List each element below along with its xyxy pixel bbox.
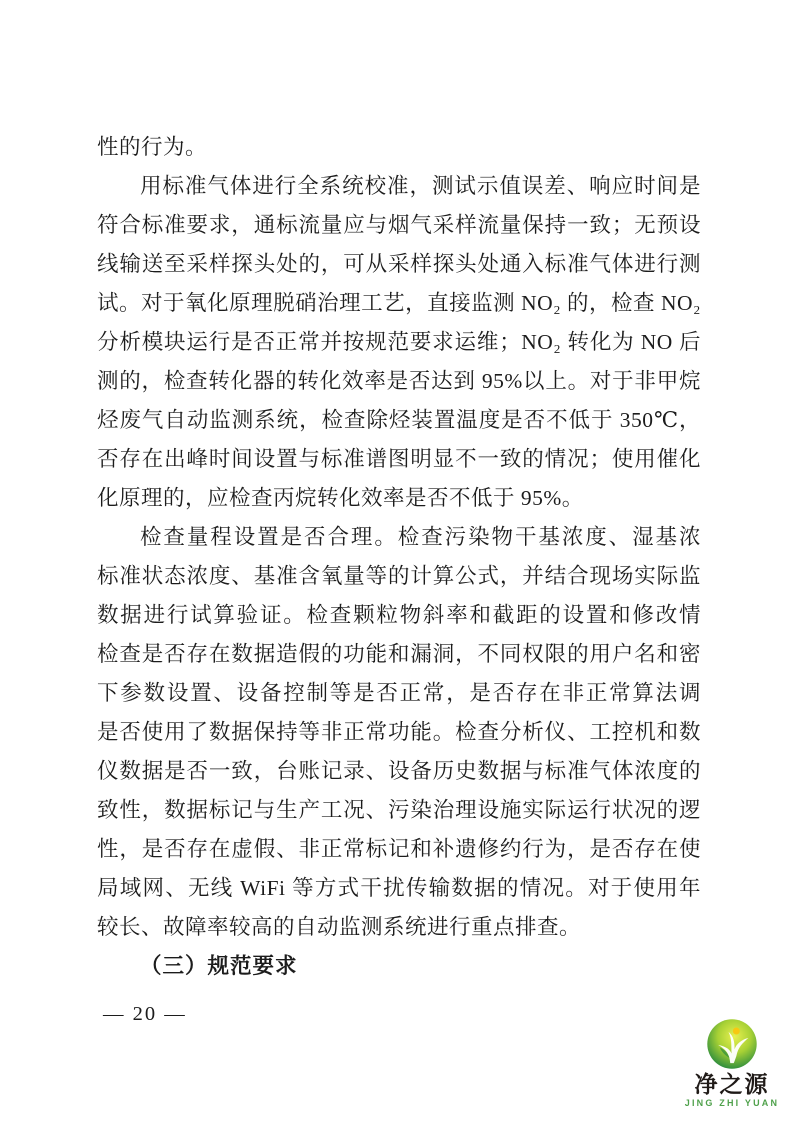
text-line: 性，是否存在虚假、非正常标记和补遗修约行为，是否存在使用 — [97, 830, 701, 869]
document-text: 性的行为。 用标准气体进行全系统校准，测试示值误差、响应时间是否 符合标准要求，… — [97, 128, 701, 986]
text-line: 分析模块运行是否正常并按规范要求运维；NO₂ 转化为 NO 后监 — [97, 323, 701, 362]
text-line: 性的行为。 — [97, 128, 701, 167]
text-line: 烃废气自动监测系统，检查除烃装置温度是否不低于 350℃，是 — [97, 401, 701, 440]
text-line: （三）规范要求 — [97, 947, 701, 986]
text-line: 标准状态浓度、基准含氧量等的计算公式，并结合现场实际监测 — [97, 557, 701, 596]
text-line: 是否使用了数据保持等非正常功能。检查分析仪、工控机和数采 — [97, 713, 701, 752]
text-line: 测的，检查转化器的转化效率是否达到 95%以上。对于非甲烷总 — [97, 362, 701, 401]
logo-subtitle: JING ZHI YUAN — [680, 1098, 784, 1108]
text-line: 线输送至采样探头处的，可从采样探头处通入标准气体进行测 — [97, 245, 701, 284]
text-line: 试。对于氧化原理脱硝治理工艺，直接监测 NO₂ 的，检查 NO₂ — [97, 284, 701, 323]
text-line: 数据进行试算验证。检查颗粒物斜率和截距的设置和修改情况。 — [97, 596, 701, 635]
text-line: 下参数设置、设备控制等是否正常，是否存在非正常算法调整， — [97, 674, 701, 713]
text-line: 检查是否存在数据造假的功能和漏洞，不同权限的用户名和密码 — [97, 635, 701, 674]
company-logo: 净之源 JING ZHI YUAN — [680, 1018, 784, 1108]
text-line: 检查量程设置是否合理。检查污染物干基浓度、湿基浓度、 — [97, 518, 701, 557]
page-number: — 20 — — [103, 1003, 187, 1026]
text-line: 致性，数据标记与生产工况、污染治理设施实际运行状况的逻辑 — [97, 791, 701, 830]
text-line: 较长、故障率较高的自动监测系统进行重点排查。 — [97, 908, 701, 947]
logo-head-dot — [733, 1028, 740, 1035]
document-page: 性的行为。 用标准气体进行全系统校准，测试示值误差、响应时间是否 符合标准要求，… — [0, 0, 794, 1123]
text-line: 用标准气体进行全系统校准，测试示值误差、响应时间是否 — [97, 167, 701, 206]
text-line: 仪数据是否一致，台账记录、设备历史数据与标准气体浓度的一 — [97, 752, 701, 791]
leaf-person-logo-icon — [706, 1018, 758, 1070]
text-line: 否存在出峰时间设置与标准谱图明显不一致的情况；使用催化氧 — [97, 440, 701, 479]
text-line: 局域网、无线 WiFi 等方式干扰传输数据的情况。对于使用年限 — [97, 869, 701, 908]
logo-name: 净之源 — [680, 1072, 784, 1096]
text-line: 符合标准要求，通标流量应与烟气采样流量保持一致；无预设管 — [97, 206, 701, 245]
text-line: 化原理的，应检查丙烷转化效率是否不低于 95%。 — [97, 479, 701, 518]
